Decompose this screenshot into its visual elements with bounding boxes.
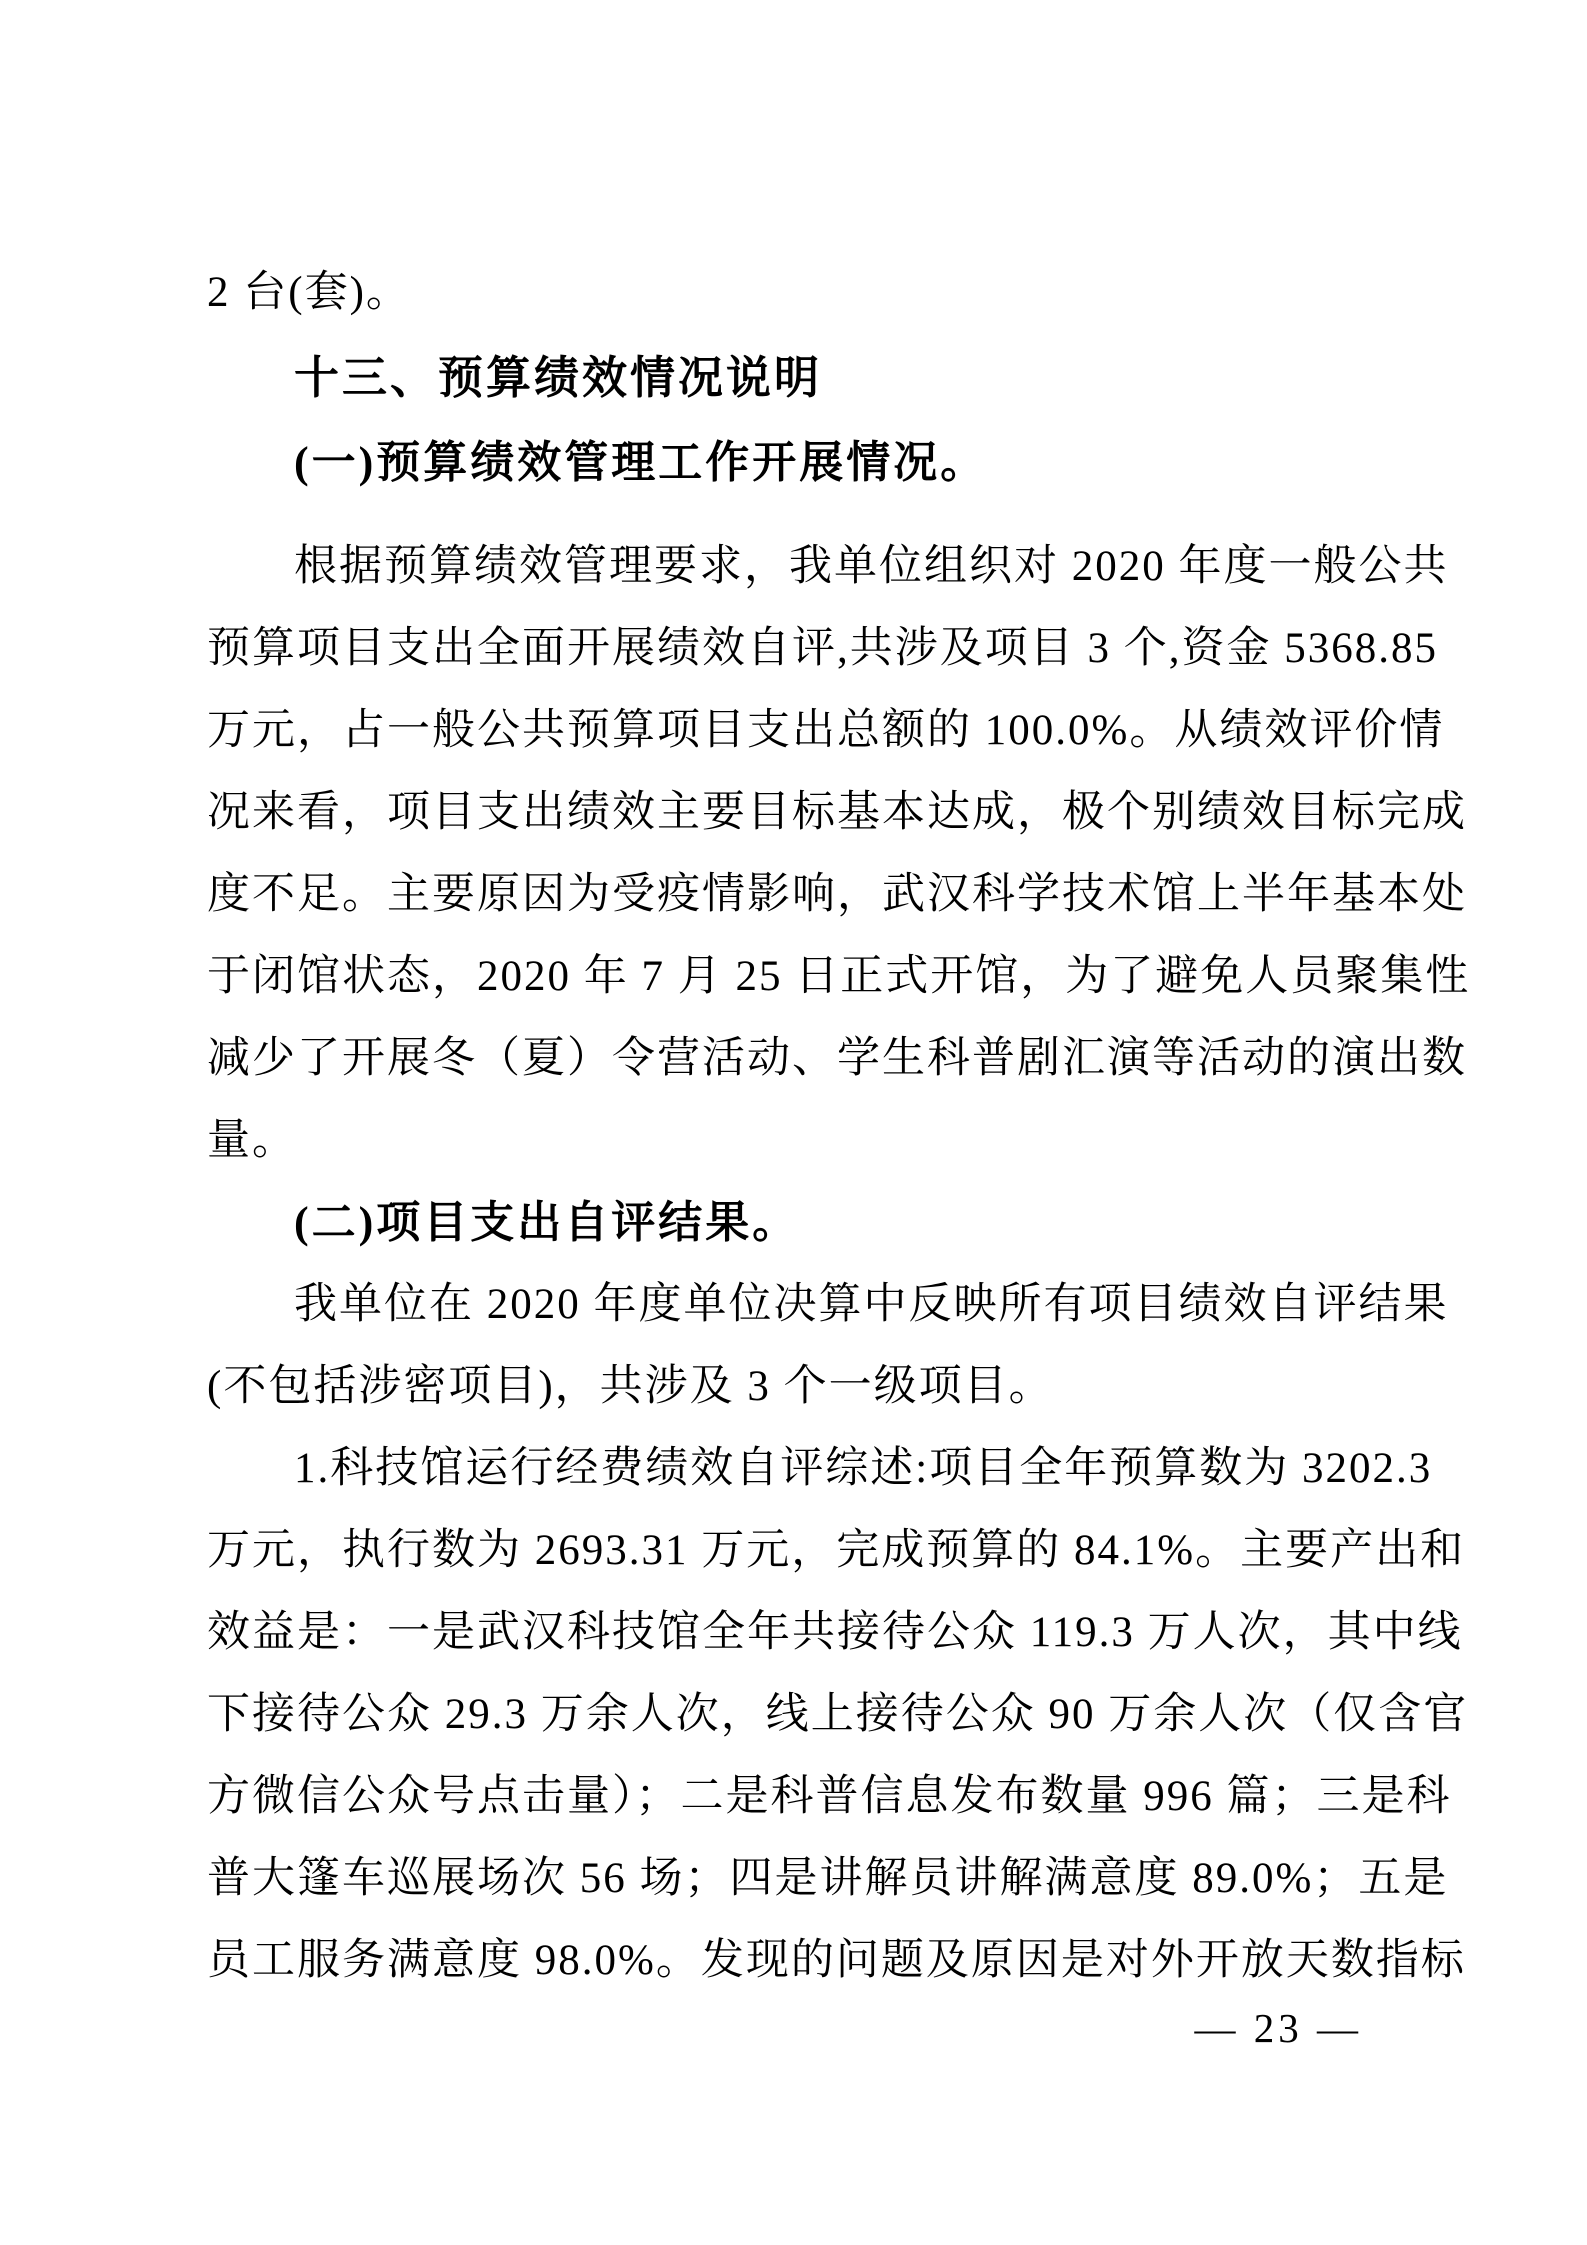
body-line: (不包括涉密项目)，共涉及 3 个一级项目。	[207, 1362, 1054, 1411]
document-page: 2 台(套)。 十三、预算绩效情况说明 (一)预算绩效管理工作开展情况。 根据预…	[0, 0, 1587, 2245]
section-heading: 十三、预算绩效情况说明	[207, 352, 822, 404]
body-line: 度不足。主要原因为受疫情影响，武汉科学技术馆上半年基本处	[207, 870, 1467, 919]
body-line: 预算项目支出全面开展绩效自评,共涉及项目 3 个,资金 5368.85	[207, 624, 1438, 673]
body-line: 1.科技馆运行经费绩效自评综述:项目全年预算数为 3202.3	[207, 1444, 1432, 1493]
page-number: — 23 —	[1195, 2004, 1363, 2052]
body-line: 普大篷车巡展场次 56 场；四是讲解员讲解满意度 89.0%；五是	[207, 1854, 1448, 1903]
body-line: 根据预算绩效管理要求，我单位组织对 2020 年度一般公共	[207, 542, 1449, 591]
body-line: 万元，执行数为 2693.31 万元，完成预算的 84.1%。主要产出和	[207, 1526, 1465, 1575]
body-line: 员工服务满意度 98.0%。发现的问题及原因是对外开放天数指标	[207, 1936, 1466, 1985]
body-line: 量。	[207, 1116, 297, 1165]
body-line: 方微信公众号点击量）；二是科普信息发布数量 996 篇；三是科	[207, 1772, 1452, 1821]
body-line: 效益是：一是武汉科技馆全年共接待公众 119.3 万人次，其中线	[207, 1608, 1463, 1657]
body-line: 万元，占一般公共预算项目支出总额的 100.0%。从绩效评价情	[207, 706, 1444, 755]
subsection-2-heading: (二)项目支出自评结果。	[207, 1198, 799, 1249]
body-line: 况来看，项目支出绩效主要目标基本达成，极个别绩效目标完成	[207, 788, 1467, 837]
subsection-1-heading: (一)预算绩效管理工作开展情况。	[207, 438, 987, 489]
body-line: 下接待公众 29.3 万余人次，线上接待公众 90 万余人次（仅含官	[207, 1690, 1468, 1739]
body-line: 于闭馆状态，2020 年 7 月 25 日正式开馆，为了避免人员聚集性	[207, 952, 1470, 1001]
body-line: 我单位在 2020 年度单位决算中反映所有项目绩效自评结果	[207, 1280, 1449, 1329]
body-line: 减少了开展冬（夏）令营活动、学生科普剧汇演等活动的演出数	[207, 1034, 1467, 1083]
paragraph-continuation-line: 2 台(套)。	[207, 268, 411, 317]
